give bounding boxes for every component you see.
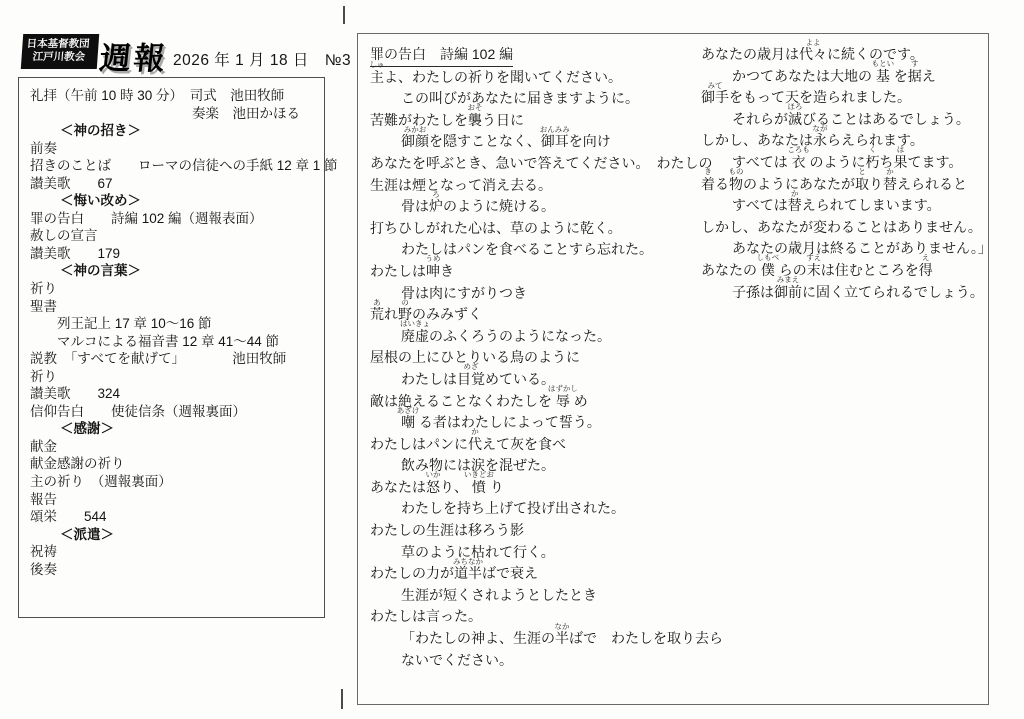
ruby-base: 御耳おんみみ (541, 133, 569, 149)
ruby-text: あ (373, 299, 381, 307)
ruby-text: なが (813, 125, 828, 133)
psalm-line: わたしは目覚めざめている。 (370, 369, 704, 391)
psalm-verses-left: 主しゅよ、わたしの祈りを聞いてください。この叫びがあなたに届きますように。苦難が… (370, 67, 704, 672)
bulletin-page: 日本基督教団 江戸川教会 週報 2026 年 1 月 18 日 №3 礼拝（午前… (0, 0, 1024, 719)
ruby-text: めざ (464, 363, 479, 371)
ruby-base: 半なか (555, 630, 569, 646)
bulletin-date: 2026 年 1 月 18 日 №3 (173, 48, 351, 70)
ruby-base: 嘲あざけ (401, 414, 415, 430)
ruby-base: 永なが (813, 132, 827, 148)
psalm-line: 着きる物もののようにあなたが取とり替かえられると (701, 174, 986, 196)
psalm-line: あなたを呼ぶとき、急いで答えてください。 わたしの (370, 153, 704, 175)
logo-org-line2: 江戸川教会 (25, 51, 95, 64)
bulletin-title: 週報 (98, 33, 171, 78)
psalm-line: 嘲あざけ る者はわたしによって誓う。 (370, 412, 704, 434)
ruby-base: 代か (468, 436, 482, 452)
ruby-text: みまえ (777, 276, 800, 284)
ruby-text: おんみみ (540, 126, 570, 134)
psalm-heading-line: 罪の告白 詩編 102 編 (370, 44, 704, 67)
order-item: 祝祷 (30, 543, 324, 561)
ruby-text: よよ (806, 39, 821, 47)
order-item: 主の祈り （週報裏面） (30, 473, 324, 491)
ruby-text: はずかし (548, 385, 578, 393)
psalm-line: 草のように枯れて行く。 (370, 542, 704, 564)
order-item: 説教 「すべてを献げて」 池田牧師 (30, 350, 324, 368)
psalm-line: 「わたしの神よ、生涯の半なかばで わたしを取り去ら (370, 628, 704, 650)
ruby-base: 滅ほろ (788, 111, 802, 127)
psalm-line: わたしの生涯は移ろう影 (370, 520, 704, 542)
order-item: 献金 (30, 438, 324, 456)
psalm-line: 生涯が短くされようとしたとき (370, 585, 704, 607)
order-item: 列王記上 17 章 10～16 節 (30, 315, 324, 333)
ruby-base: 怒いか (426, 479, 440, 495)
psalm-heading: 罪の告白 詩編 102 編 (370, 44, 513, 67)
order-item: 赦しの宣言 (30, 227, 324, 245)
psalm-line: この叫びがあなたに届きますように。 (370, 88, 704, 110)
psalm-line: わたしを持ち上げて投げ出された。 (370, 498, 704, 520)
ruby-base: 憤いきどお (472, 479, 486, 495)
ruby-text: す (911, 60, 919, 68)
psalm-line: わたしは呻うめき (370, 261, 704, 283)
order-section-heading: ＜感謝＞ (30, 420, 324, 438)
psalm-line: 飲み物には涙を混ぜた。 (370, 455, 704, 477)
psalm-line: わたしは言った。 (370, 606, 704, 628)
psalm-line: わたしはパンに代かえて灰を食べ (370, 434, 704, 456)
psalm-line: しかし、あなたが変わることはありません。 (701, 217, 986, 239)
psalm-column-left: 罪の告白 詩編 102 編 主しゅよ、わたしの祈りを聞いてください。この叫びがあ… (370, 44, 704, 671)
ruby-text: もの (729, 168, 744, 176)
ruby-base: 得え (919, 262, 933, 278)
psalm-line: しかし、あなたは永ながらえられます。 (701, 130, 986, 152)
psalm-box: 罪の告白 詩編 102 編 主しゅよ、わたしの祈りを聞いてください。この叫びがあ… (357, 33, 989, 705)
ruby-text: みかお (404, 126, 427, 134)
ruby-text: みて (708, 82, 723, 90)
ruby-text: すえ (806, 254, 821, 262)
psalm-line: すべては替かえられてしまいます。 (701, 195, 986, 217)
psalm-line: それらが滅ほろびることはあるでしょう。 (701, 109, 986, 131)
psalm-line: 生涯は煙となって消え去る。 (370, 175, 704, 197)
order-item: 奏楽 池田かほる (30, 105, 324, 123)
ruby-text: ろ (432, 191, 440, 199)
psalm-line: 屋根の上にひとりいる鳥のように (370, 347, 704, 369)
psalm-line: 骨は炉ろのように焼ける。 (370, 196, 704, 218)
psalm-line: あなたは怒いかり、 憤いきどお り (370, 477, 704, 499)
ruby-text: いか (426, 471, 441, 479)
psalm-line: すべては 衣ころも のように朽くち果はてます。 (701, 152, 986, 174)
ruby-text: しゅ (370, 61, 385, 69)
ruby-text: ほろ (788, 103, 803, 111)
ruby-base: 主しゅ (370, 69, 384, 85)
ruby-text: の (401, 299, 409, 307)
ruby-base: 荒あ (370, 306, 384, 322)
ruby-text: みちなか (453, 558, 483, 566)
order-item: 招きのことば ローマの信徒への手紙 12 章 1 節 (30, 157, 324, 175)
ruby-text: うめ (426, 255, 441, 263)
psalm-line: 子孫は御前みまえに固く立てられるでしょう。 (701, 282, 986, 304)
order-item: 後奏 (30, 561, 324, 579)
ruby-text: しもべ (757, 254, 780, 262)
ruby-base: 物もの (729, 176, 743, 192)
ruby-base: 道半みちなか (454, 565, 482, 581)
psalm-line: 廃虚はいきょのふくろうのようになった。 (370, 326, 704, 348)
psalm-line: あなたの歳月は代々よよに続くのです。 (701, 44, 986, 66)
order-section-heading: ＜悔い改め＞ (30, 192, 324, 210)
order-item: 聖書 (30, 298, 324, 316)
ruby-base: 末すえ (807, 262, 821, 278)
ruby-text: はいきょ (400, 320, 430, 328)
psalm-line: 打ちひしがれた心は、草のように乾く。 (370, 218, 704, 240)
order-item: マルコによる福音書 12 章 41～44 節 (30, 333, 324, 351)
ruby-text: え (922, 254, 930, 262)
order-item: 前奏 (30, 140, 324, 158)
psalm-line: 骨は肉にすがりつき (370, 283, 704, 305)
logo-org-line1: 日本基督教団 (26, 38, 96, 51)
order-item: 礼拝（午前 10 時 30 分） 司式 池田牧師 (30, 87, 324, 105)
ruby-base: 据す (908, 68, 922, 84)
ruby-text: と (858, 168, 866, 176)
psalm-line: 御顔みかおを隠すことなく、御耳おんみみを向け (370, 131, 704, 153)
order-item: 讃美歌 179 (30, 245, 324, 263)
fold-mark-top (343, 6, 345, 24)
order-item: 報告 (30, 491, 324, 509)
ruby-text: あざけ (397, 407, 420, 415)
psalm-line: あなたの歳月は終ることがありません。」 (701, 238, 986, 260)
ruby-base: 朽く (866, 154, 880, 170)
ruby-base: 僕しもべ (761, 262, 775, 278)
ruby-base: 果は (894, 154, 908, 170)
ruby-base: 御顔みかお (401, 133, 429, 149)
ruby-text: き (704, 168, 712, 176)
order-item: 讃美歌 67 (30, 175, 324, 193)
psalm-line: 主しゅよ、わたしの祈りを聞いてください。 (370, 67, 704, 89)
order-item: 献金感謝の祈り (30, 455, 324, 473)
order-item: 信仰告白 使徒信条（週報裏面） (30, 403, 324, 421)
ruby-base: 呻うめ (426, 263, 440, 279)
ruby-text: なか (555, 623, 570, 631)
ruby-base: 廃虚はいきょ (401, 328, 429, 344)
order-section-heading: ＜神の招き＞ (30, 122, 324, 140)
psalm-line: あなたの 僕しもべ らの末すえは住むところを得え (701, 260, 986, 282)
order-item: 頌栄 544 (30, 508, 324, 526)
ruby-base: 炉ろ (429, 198, 443, 214)
ruby-base: 替か (883, 176, 897, 192)
ruby-base: 替か (788, 197, 802, 213)
ruby-base: 襲おそ (468, 112, 482, 128)
order-item: 罪の告白 詩編 102 編（週報表面） (30, 210, 324, 228)
ruby-base: 取と (855, 176, 869, 192)
psalm-line: 御手みてをもって天を造られました。 (701, 87, 986, 109)
ruby-text: か (886, 168, 894, 176)
ruby-base: 衣ころも (792, 154, 806, 170)
ruby-base: 目覚めざ (457, 371, 485, 387)
psalm-line: わたしはパンを食べることすら忘れた。 (370, 239, 704, 261)
ruby-text: おそ (468, 104, 483, 112)
ruby-base: 代々よよ (799, 46, 827, 62)
ruby-text: いきどお (464, 471, 494, 479)
ruby-base: 辱はずかし (556, 393, 570, 409)
order-section-heading: ＜派遣＞ (30, 526, 324, 544)
psalm-verses-right: あなたの歳月は代々よよに続くのです。かつてあなたは大地の 基もとい を据すえ御手… (701, 44, 986, 303)
order-item: 讃美歌 324 (30, 385, 324, 403)
ruby-base: 御前みまえ (774, 284, 802, 300)
ruby-text: ころも (787, 146, 810, 154)
psalm-line: ないでください。 (370, 650, 704, 672)
ruby-text: は (897, 146, 905, 154)
psalm-line: わたしの力が道半みちなかばで衰え (370, 563, 704, 585)
fold-mark-bottom (341, 689, 343, 709)
order-section-heading: ＜神の言葉＞ (30, 262, 324, 280)
order-item: 祈り (30, 368, 324, 386)
psalm-column-right: あなたの歳月は代々よよに続くのです。かつてあなたは大地の 基もとい を据すえ御手… (701, 44, 986, 303)
ruby-base: 御手みて (701, 89, 729, 105)
ruby-text: か (471, 428, 479, 436)
ruby-text: く (869, 146, 877, 154)
ruby-text: か (791, 190, 799, 198)
ruby-base: 着き (701, 176, 715, 192)
order-item: 祈り (30, 280, 324, 298)
worship-order-box: 礼拝（午前 10 時 30 分） 司式 池田牧師 奏楽 池田かほる＜神の招き＞前… (18, 77, 325, 618)
church-logo: 日本基督教団 江戸川教会 (21, 34, 99, 69)
psalm-line: かつてあなたは大地の 基もとい を据すえ (701, 66, 986, 88)
psalm-line: 敵は絶えることなくわたしを 辱はずかし め (370, 391, 704, 413)
ruby-text: もとい (872, 60, 895, 68)
ruby-base: 基もとい (876, 68, 890, 84)
